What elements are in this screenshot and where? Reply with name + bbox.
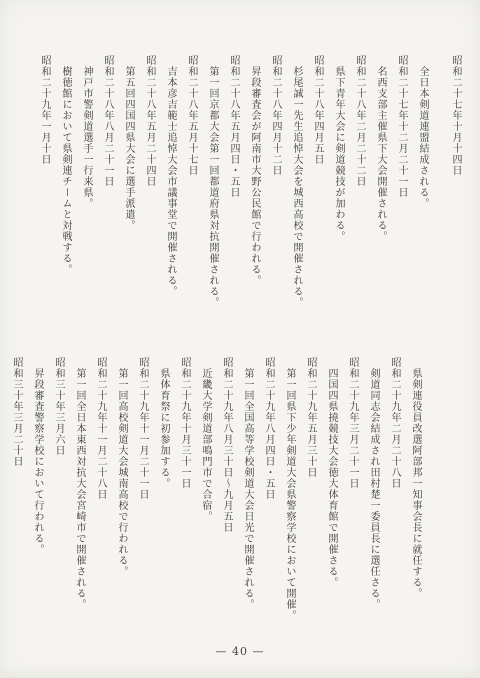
timeline-date-column: 昭和二十九年一月十日 [28,55,49,357]
timeline-date-column: 昭和二十九年三月二十一日 [336,357,357,659]
timeline-event-column: 第一回京都大会第一回都道府県対抗開催される。 [196,55,217,357]
timeline-event-column: 剣道同志会結成され田村楚一委員長に選任さる。 [357,357,378,659]
timeline-event-column: 杉尾誠一先生追悼大会を城西高校で開催される。 [280,55,301,357]
timeline-event-column: 全日本剣道連盟結成される。 [406,55,427,357]
timeline-event-column: 第五回四国四県大会に選手派遣。 [112,55,133,357]
timeline-date-column: 昭和二十九年十一月二十一日 [126,357,147,659]
timeline-date-column: 昭和二十九年十一月二十八日 [84,357,105,659]
timeline-date-column: 昭和二十八年五月四日・五日 [217,55,238,357]
timeline-date-column: 昭和二十九年八月三十日〜九月五日 [210,357,231,659]
timeline-event-column: 第一回県下少年剣道大会県警察学校において開催。 [273,357,294,659]
timeline-date-column: 昭和二十九年十月三十一日 [168,357,189,659]
timeline-event-column: 第一回全日本東西対抗大会宮崎市で開催される。 [63,357,84,659]
timeline-event-column: 名西支部主催県下大会開催される。 [364,55,385,357]
timeline-event-column: 県下青年大会に剣道競技が加わる。 [322,55,343,357]
timeline-date-column: 昭和二十九年五月三十日 [294,357,315,659]
timeline-date-column: 昭和二十八年五月二十四日 [133,55,154,357]
timeline-date-column: 昭和二十八年二月二十二日 [343,55,364,357]
timeline-date-column: 昭和二十八年五月十七日 [175,55,196,357]
timeline-event-column: 四国四県撓競技大会徳大体育館で開催さる。 [315,357,336,659]
timeline-date-column: 昭和三十年三月六日 [42,357,63,659]
timeline-event-column: 吉本彦吉範士追悼大会市議事堂で開催される。 [154,55,175,357]
timeline-date-column: 昭和二十八年四月五日 [301,55,322,357]
timeline-event-column: 県体育祭に初参加する。 [147,357,168,659]
timeline-date-column: 昭和二十九年二月二十八日 [378,357,399,659]
timeline-date-column: 昭和二十八年八月二十一日 [91,55,112,357]
timeline-event-column: 樹徳館において県剣連チームと対戦する。 [49,55,70,357]
timeline-date-column: 昭和三十年三月二十日 [0,357,21,659]
timeline-date-column: 昭和二十九年八月四日・五日 [252,357,273,659]
timeline-event-column: 県剣連役員改選阿部邦一知事会長に就任する。 [399,357,420,659]
timeline-event-column: 神戸市警剣道選手一行来県。 [70,55,91,357]
chronology-upper-tier: 昭和二十七年十月十四日全日本剣道連盟結成される。昭和二十七年十二月二十一日名西支… [28,55,460,357]
scanned-book-page: 昭和二十七年十月十四日全日本剣道連盟結成される。昭和二十七年十二月二十一日名西支… [0,0,480,678]
timeline-event-column: 昇段審査警察学校において行われる。 [21,357,42,659]
timeline-event-column: 昇段審査会が阿南市大野公民館で行われる。 [238,55,259,357]
timeline-event-column: 近畿大学剣道部鳴門市で合宿。 [189,357,210,659]
chronology-lower-tier: 県剣連役員改選阿部邦一知事会長に就任する。昭和二十九年二月二十八日剣道同志会結成… [0,357,420,659]
timeline-date-column: 昭和二十八年四月十二日 [259,55,280,357]
page-number: — 40 — [216,645,265,658]
timeline-date-column: 昭和二十七年十二月二十一日 [385,55,406,357]
timeline-event-column: 第一回全国高等学校剣道大会日光で開催される。 [231,357,252,659]
timeline-date-column: 昭和二十七年十月十四日 [439,55,460,357]
timeline-event-column: 第一回高校剣道大会城南高校で行われる。 [105,357,126,659]
